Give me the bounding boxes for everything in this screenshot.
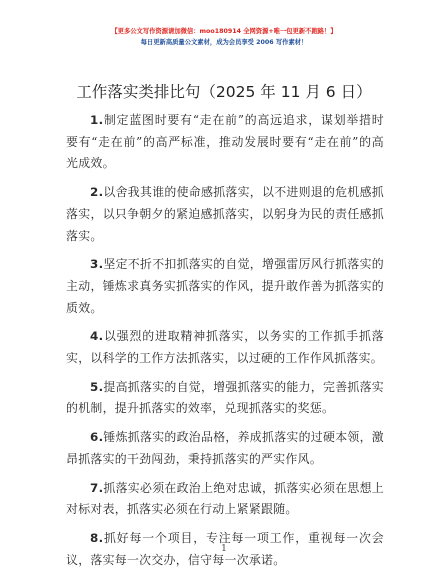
paragraph-number: 4. (90, 329, 103, 343)
paragraph-text: 锤炼抓落实的政治品格，养成抓落实的过硬本领，激昂抓落实的干劲闯劲，秉持抓落实的严… (66, 430, 384, 466)
paragraph-5: 5.提高抓落实的自觉，增强抓落实的能力，完善抓落实的机制，提升抓落实的效率，兑现… (66, 377, 384, 420)
document-body: 1.制定蓝图时要有“走在前”的高远追求，谋划举措时要有“走在前”的高严标准，推动… (66, 110, 384, 578)
document-page: 【更多公文写作资源请加微信：moo180914 全网资源+唯一包更新不跑路！】 … (0, 0, 448, 580)
paragraph-text: 制定蓝图时要有“走在前”的高远追求，谋划举措时要有“走在前”的高严标准，推动发展… (66, 113, 384, 170)
paragraph-3: 3.坚定不折不扣抓落实的自觉，增强雷厉风行抓落实的主动，锤炼求真务实抓落实的作风… (66, 254, 384, 319)
paragraph-7: 7.抓落实必须在政治上绝对忠诚，抓落实必须在思想上对标对表，抓落实必须在行动上紧… (66, 478, 384, 521)
paragraph-number: 3. (90, 257, 103, 271)
page-number: 1 (0, 544, 448, 554)
paragraph-4: 4.以强烈的进取精神抓落实，以务实的工作抓手抓落实，以科学的工作方法抓落实，以过… (66, 326, 384, 369)
paragraph-text: 提高抓落实的自觉，增强抓落实的能力，完善抓落实的机制，提升抓落实的效率，兑现抓落… (66, 380, 384, 416)
paragraph-6: 6.锤炼抓落实的政治品格，养成抓落实的过硬本领，激昂抓落实的干劲闯劲，秉持抓落实… (66, 427, 384, 470)
paragraph-text: 抓落实必须在政治上绝对忠诚，抓落实必须在思想上对标对表，抓落实必须在行动上紧紧跟… (66, 481, 384, 517)
paragraph-number: 2. (90, 185, 103, 199)
paragraph-1: 1.制定蓝图时要有“走在前”的高远追求，谋划举措时要有“走在前”的高严标准，推动… (66, 110, 384, 175)
paragraph-2: 2.以舍我其谁的使命感抓落实，以不进则退的危机感抓落实，以只争朝夕的紧迫感抓落实… (66, 182, 384, 247)
paragraph-text: 以舍我其谁的使命感抓落实，以不进则退的危机感抓落实，以只争朝夕的紧迫感抓落实，以… (66, 185, 384, 242)
paragraph-text: 以强烈的进取精神抓落实，以务实的工作抓手抓落实，以科学的工作方法抓落实，以过硬的… (66, 329, 384, 365)
paragraph-number: 1. (90, 113, 103, 127)
paragraph-number: 5. (90, 380, 103, 394)
promo-header-line-1: 【更多公文写作资源请加微信：moo180914 全网资源+唯一包更新不跑路！】 (0, 26, 448, 35)
document-title: 工作落实类排比句（2025 年 11 月 6 日） (0, 80, 448, 102)
paragraph-number: 7. (90, 481, 103, 495)
paragraph-number: 8. (90, 531, 103, 545)
paragraph-number: 6. (90, 430, 103, 444)
paragraph-text: 坚定不折不扣抓落实的自觉，增强雷厉风行抓落实的主动，锤炼求真务实抓落实的作风，提… (66, 257, 384, 314)
promo-header-line-2: 每日更新高质量公文素材，成为会员享受 2006 写作素材！ (0, 37, 448, 46)
